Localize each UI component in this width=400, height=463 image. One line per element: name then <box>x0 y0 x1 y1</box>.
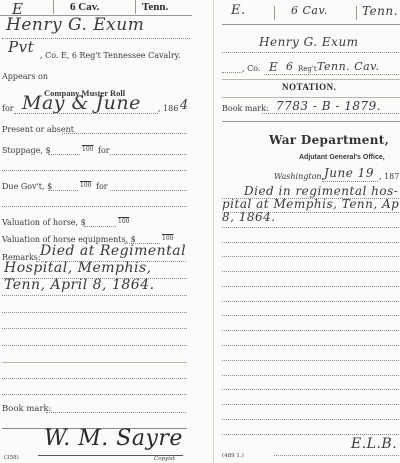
due-govt-for-line <box>110 190 187 191</box>
signature-title: Copyist <box>154 456 175 462</box>
form-number: (358) <box>4 455 19 461</box>
initials-line <box>274 455 400 456</box>
section-rule <box>222 79 400 80</box>
due-govt-for: for <box>96 182 108 191</box>
notation-rule <box>222 419 400 420</box>
present-absent-line <box>62 133 187 134</box>
blank-line <box>2 206 187 207</box>
header-divider <box>356 6 357 20</box>
blank-line <box>2 170 187 171</box>
notation-rule <box>222 315 400 316</box>
remarks-rule <box>2 394 187 395</box>
stoppage-dollars-line <box>48 154 80 155</box>
notation-card: E. 6 Cav. Tenn. Henry G. Exum , Co. E 6 … <box>213 0 400 463</box>
notation-line-1: Died in regimental hos- <box>244 184 398 198</box>
notation-rule <box>222 227 400 228</box>
reg-num: 6 <box>286 60 294 73</box>
soldier-name: Henry G. Exum <box>6 15 144 35</box>
appears-on-label: Appears on <box>2 72 48 81</box>
header-state: Tenn. <box>362 4 398 18</box>
stoppage-for: for <box>98 146 110 155</box>
notation-title: NOTATION. <box>282 82 336 92</box>
year-prefix: , 186 <box>158 104 178 113</box>
header-company: E. <box>231 3 246 18</box>
valuation-horse-line <box>84 226 116 227</box>
remarks-rule <box>2 328 187 329</box>
notation-rule <box>222 389 400 390</box>
header-state: Tenn. <box>142 1 168 13</box>
name-line <box>222 52 400 53</box>
reg-value: Tenn. Cav. <box>317 60 380 73</box>
notation-rule <box>222 360 400 361</box>
remarks-line-1: Died at Regimental <box>40 243 186 259</box>
co-label: , Co. <box>242 64 260 73</box>
header-divider <box>274 6 275 20</box>
section-rule <box>222 121 400 122</box>
clerk-initials: E.L.B. <box>351 436 397 452</box>
notation-rule <box>222 271 400 272</box>
remarks-rule <box>2 362 187 363</box>
header-rule <box>222 24 400 25</box>
unit-line: , Co. E, 6 Reg't Tennessee Cavalry. <box>40 51 181 60</box>
copyist-signature: W. M. Sayre <box>44 426 183 451</box>
soldier-rank: Pvt <box>8 38 34 56</box>
washington-label: Washington, <box>274 172 324 181</box>
for-line <box>14 113 158 114</box>
office-title: Adjutant General's Office, <box>299 154 385 161</box>
form-number: (489 1.) <box>222 453 244 459</box>
year-value: , 1879 <box>379 172 400 181</box>
valuation-horse-cents: 100 <box>118 218 129 225</box>
stoppage-cents: 100 <box>82 146 93 153</box>
notation-rule <box>222 330 400 331</box>
reg-line <box>264 74 400 75</box>
notation-rule <box>222 404 400 405</box>
year-suffix: 4 <box>180 98 189 113</box>
remarks-rule <box>2 312 187 313</box>
valuation-equip-cents: 100 <box>162 235 173 242</box>
book-mark-label: Book mark: <box>222 104 269 113</box>
due-govt-dollars-line <box>48 190 78 191</box>
stoppage-for-line <box>110 154 187 155</box>
notation-rule <box>222 375 400 376</box>
notation-line-3: 8, 1864. <box>222 210 276 224</box>
reg-label: Reg't <box>298 65 317 73</box>
header-regiment: 6 Cav. <box>70 1 99 13</box>
notation-rule <box>222 286 400 287</box>
book-mark-line <box>262 113 400 114</box>
remarks-rule <box>2 378 187 379</box>
stoppage-label: Stoppage, $ <box>2 146 51 155</box>
due-govt-label: Due Gov't, $ <box>2 182 52 191</box>
notation-rule <box>222 434 400 435</box>
notation-rule <box>222 345 400 346</box>
remarks-line-2: Hospital, Memphis, <box>4 260 152 276</box>
notation-line-2: pital at Memphis, Tenn, April <box>222 197 400 211</box>
notation-rule <box>222 256 400 257</box>
header-divider <box>53 0 54 14</box>
remarks-rule <box>2 345 187 346</box>
for-value: May & June <box>22 92 141 114</box>
co-value: E <box>269 60 278 74</box>
rank-line <box>222 72 242 73</box>
notation-rule <box>222 301 400 302</box>
remarks-line-3: Tenn, April 8, 1864. <box>4 277 155 293</box>
header-divider <box>135 0 136 14</box>
muster-roll-card: E 6 Cav. Tenn. Henry G. Exum Pvt , Co. E… <box>0 0 195 463</box>
date-value: June 19 <box>324 166 374 180</box>
section-rule <box>222 97 400 98</box>
remarks-rule <box>2 295 187 296</box>
department-title: War Department, <box>269 133 389 147</box>
due-govt-cents: 100 <box>80 182 91 189</box>
book-mark-label: Book mark: <box>2 404 52 414</box>
book-mark-line <box>46 412 186 413</box>
header-regiment: 6 Cav. <box>291 4 328 17</box>
for-label: for <box>2 104 14 113</box>
book-mark-value: 7783 - B - 1879. <box>276 99 381 113</box>
valuation-horse-label: Valuation of horse, $ <box>2 218 86 227</box>
soldier-name: Henry G. Exum <box>259 35 359 49</box>
date-line <box>322 181 378 182</box>
notation-rule <box>222 242 400 243</box>
